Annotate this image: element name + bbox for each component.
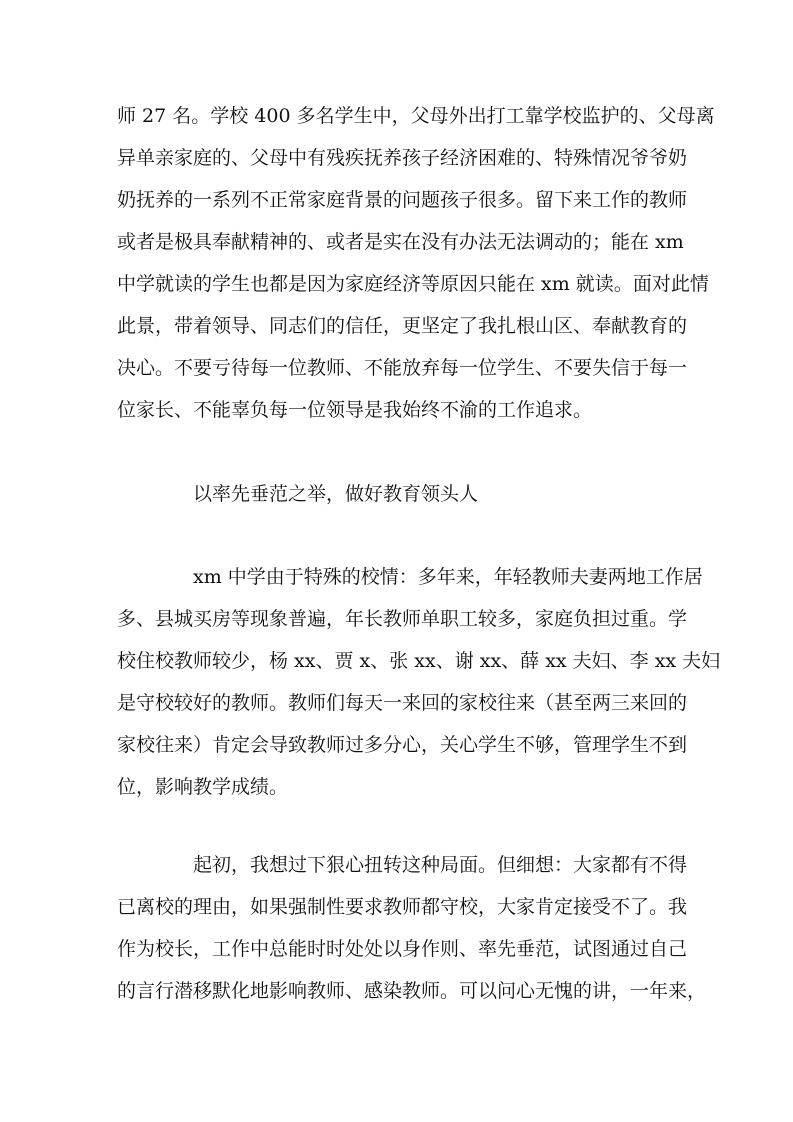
paragraph-3: 起初，我想过下狠心扭转这种局面。但细想：大家都有不得 已离校的理由，如果强制性要…	[117, 844, 677, 1012]
text-line: 是守校较好的教师。教师们每天一来回的家校往来（甚至两三来回的	[117, 682, 677, 724]
text-line: 位，影响教学成绩。	[117, 766, 677, 808]
text-line: 或者是极具奉献精神的、或者是实在没有办法无法调动的；能在 xm	[117, 221, 677, 263]
text-line: 决心。不要亏待每一位教师、不能放弃每一位学生、不要失信于每一	[117, 347, 677, 389]
text-line: 多、县城买房等现象普遍，年长教师单职工较多，家庭负担过重。学	[117, 598, 677, 640]
document-page: 师 27 名。学校 400 多名学生中，父母外出打工靠学校监护的、父母离 异单亲…	[0, 0, 793, 1122]
text-line: 位家长、不能辜负每一位领导是我始终不渝的工作追求。	[117, 389, 677, 431]
text-line: 异单亲家庭的、父母中有残疾抚养孩子经济困难的、特殊情况爷爷奶	[117, 137, 677, 179]
text-line: xm 中学由于特殊的校情：多年来，年轻教师夫妻两地工作居	[117, 556, 677, 598]
paragraph-1: 师 27 名。学校 400 多名学生中，父母外出打工靠学校监护的、父母离 异单亲…	[117, 95, 677, 431]
text-line: 家校往来）肯定会导致教师过多分心，关心学生不够，管理学生不到	[117, 724, 677, 766]
text-line: 已离校的理由，如果强制性要求教师都守校，大家肯定接受不了。我	[117, 886, 677, 928]
text-line: 奶抚养的一系列不正常家庭背景的问题孩子很多。留下来工作的教师	[117, 179, 677, 221]
paragraph-2: xm 中学由于特殊的校情：多年来，年轻教师夫妻两地工作居 多、县城买房等现象普遍…	[117, 556, 677, 808]
text-line: 校住校教师较少，杨 xx、贾 x、张 xx、谢 xx、薛 xx 夫妇、李 xx …	[117, 640, 677, 682]
text-line: 中学就读的学生也都是因为家庭经济等原因只能在 xm 就读。面对此情	[117, 263, 677, 305]
section-heading: 以率先垂范之举，做好教育领头人	[117, 473, 677, 515]
text-line: 此景，带着领导、同志们的信任，更坚定了我扎根山区、奉献教育的	[117, 305, 677, 347]
text-line: 作为校长，工作中总能时时处处以身作则、率先垂范，试图通过自己	[117, 928, 677, 970]
text-line: 起初，我想过下狠心扭转这种局面。但细想：大家都有不得	[117, 844, 677, 886]
section-heading-block: 以率先垂范之举，做好教育领头人	[117, 473, 677, 515]
text-line: 师 27 名。学校 400 多名学生中，父母外出打工靠学校监护的、父母离	[117, 95, 677, 137]
text-line: 的言行潜移默化地影响教师、感染教师。可以问心无愧的讲，一年来，	[117, 970, 677, 1012]
